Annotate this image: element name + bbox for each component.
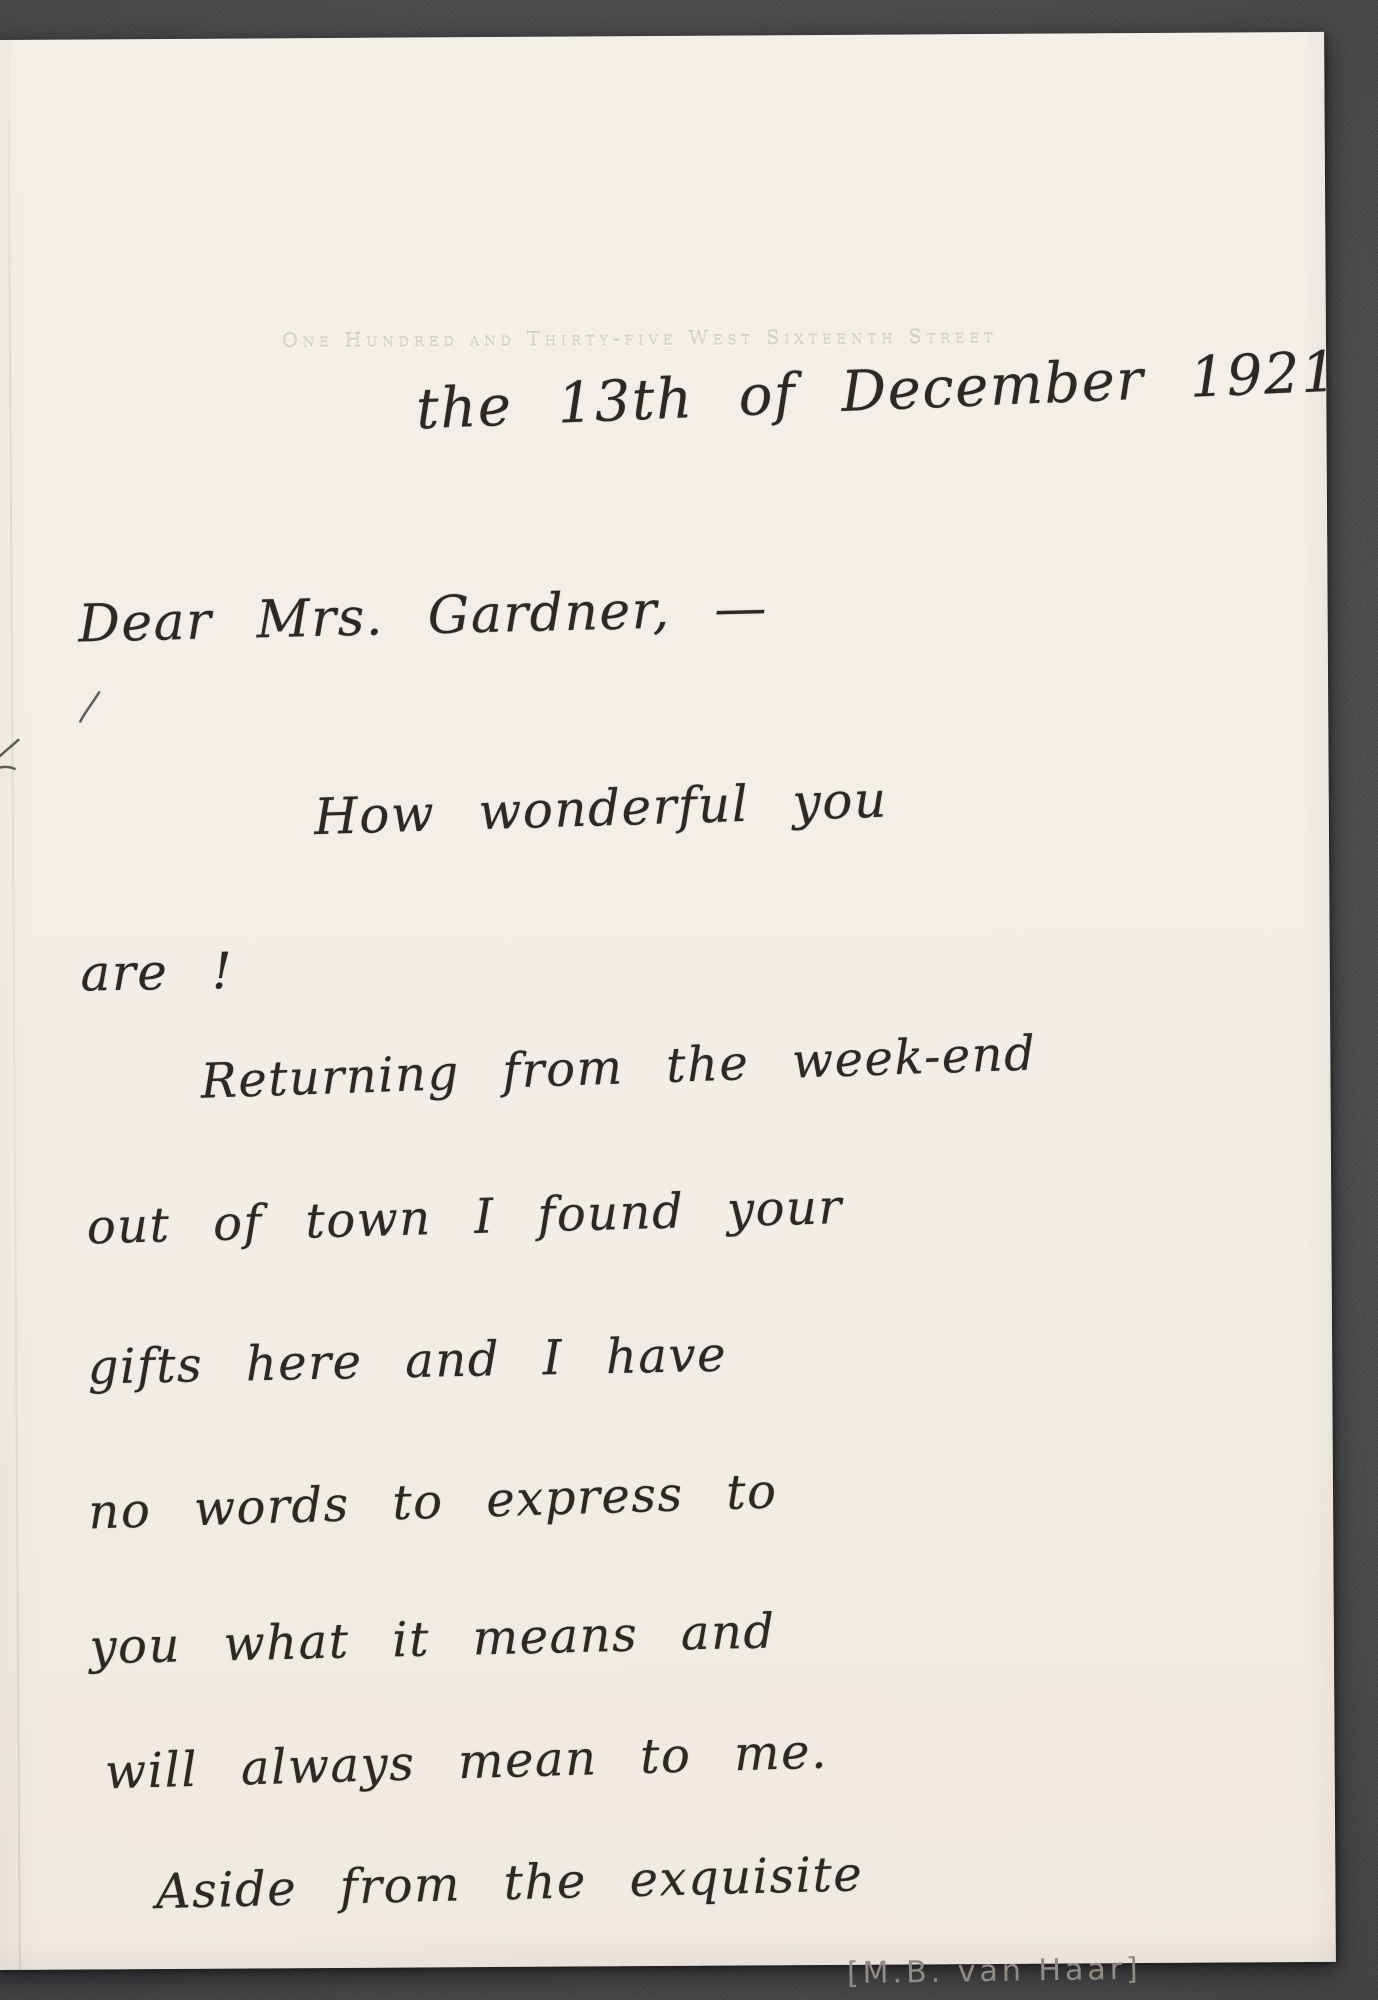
handwritten-line: Returning from the week-end bbox=[200, 1025, 1037, 1109]
cataloguer-annotation: [M.B. van Haar] bbox=[847, 1952, 1142, 1991]
stray-ink-mark bbox=[0, 679, 115, 790]
salutation-line: Dear Mrs. Gardner, — bbox=[77, 578, 768, 654]
handwritten-line: no words to express to bbox=[88, 1463, 779, 1540]
handwritten-line: will always mean to me. bbox=[104, 1724, 828, 1801]
handwritten-line: are ! bbox=[80, 942, 234, 1003]
letter-page: One Hundred and Thirty-five West Sixteen… bbox=[0, 32, 1336, 1970]
handwritten-line: out of town I found your bbox=[86, 1179, 844, 1255]
handwritten-line: you what it means and bbox=[89, 1603, 776, 1675]
handwritten-line: gifts here and I have bbox=[87, 1327, 727, 1396]
paper-crease bbox=[7, 40, 21, 1970]
photo-backdrop: One Hundred and Thirty-five West Sixteen… bbox=[0, 0, 1378, 2000]
handwritten-line: Aside from the exquisite bbox=[155, 1846, 864, 1920]
date-line: the 13th of December 1921 bbox=[415, 340, 1339, 443]
handwritten-line: How wonderful you bbox=[313, 771, 888, 846]
